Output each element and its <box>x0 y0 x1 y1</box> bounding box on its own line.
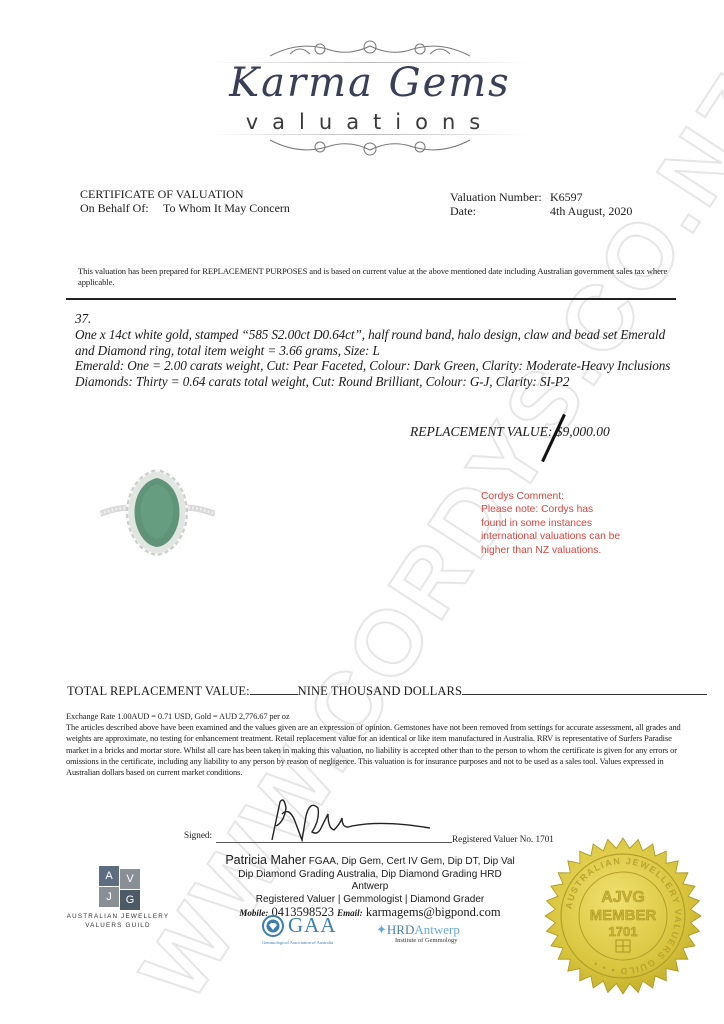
valuer-email: karmagems@bigpond.com <box>363 905 501 919</box>
svg-text:AJVG: AJVG <box>601 889 645 906</box>
registered-valuer-number: Registered Valuer No. 1701 <box>452 834 554 844</box>
certificate-header: CERTIFICATE OF VALUATION On Behalf Of: T… <box>80 187 290 215</box>
ajvg-letter-v: V <box>120 869 140 889</box>
valuation-number-label: Valuation Number: <box>450 190 550 204</box>
valuation-date: 4th August, 2020 <box>550 204 632 218</box>
ajvg-name: AUSTRALIAN JEWELLERY VALUERS GUILD <box>62 912 174 930</box>
valuer-qualifications-2: Dip Diamond Grading Australia, Dip Diamo… <box>220 869 520 894</box>
valuer-qualifications: FGAA, Dip Gem, Cert IV Gem, Dip DT, Dip … <box>306 856 515 867</box>
cordys-comment-body: Please note: Cordys has found in some in… <box>481 503 621 557</box>
ajvg-logo: A V J G <box>99 866 141 908</box>
diamond-details: Diamonds: Thirty = 0.64 carats total wei… <box>75 374 685 390</box>
gaa-subtitle: Gemmological Association of Australia <box>262 940 333 945</box>
total-replacement-value: TOTAL REPLACEMENT VALUE:NINE THOUSAND DO… <box>67 684 707 699</box>
karma-gems-logo: Karma Gems valuations <box>200 38 540 153</box>
valuer-details: Patricia Maher FGAA, Dip Gem, Cert IV Ge… <box>220 854 520 920</box>
flourish-ornament-icon <box>260 136 480 158</box>
hrd-subtitle: Institute of Gemmology <box>395 937 457 944</box>
logo-brand: Karma Gems <box>200 60 540 106</box>
valuation-meta: Valuation Number: K6597 Date: 4th August… <box>450 190 632 218</box>
total-label: TOTAL REPLACEMENT VALUE: <box>67 684 250 698</box>
email-label: Email: <box>337 908 363 918</box>
disclaimer: The articles described above have been e… <box>66 722 681 778</box>
logo-subtitle: valuations <box>200 110 540 134</box>
ajvg-letter-j: J <box>99 887 119 907</box>
ajvg-letter-g: G <box>120 890 140 910</box>
gaa-logo: GAA <box>262 913 337 938</box>
logo-rule <box>210 134 530 135</box>
cordys-comment-title: Cordys Comment: <box>481 490 621 503</box>
replacement-notice: This valuation has been prepared for REP… <box>78 266 678 288</box>
divider <box>66 298 676 300</box>
item-description: 37. One x 14ct white gold, stamped “585 … <box>75 311 685 390</box>
gaa-diamond-icon <box>262 915 284 937</box>
signed-label: Signed: <box>184 830 212 840</box>
item-number: 37. <box>75 311 685 327</box>
on-behalf-value: To Whom It May Concern <box>163 201 290 215</box>
on-behalf-label: On Behalf Of: <box>80 201 163 215</box>
date-label: Date: <box>450 204 550 218</box>
cordys-comment: Cordys Comment: Please note: Cordys has … <box>481 490 621 557</box>
hrd-star-icon: ✦ <box>376 922 387 937</box>
signature <box>262 796 432 844</box>
hrd-text: HRD <box>387 922 414 937</box>
valuer-name: Patricia Maher <box>225 853 306 867</box>
item-summary: One x 14ct white gold, stamped “585 S2.0… <box>75 327 685 359</box>
svg-text:1701: 1701 <box>609 924 638 939</box>
ajvg-member-seal: AUSTRALIAN JEWELLERY VALUERS GUILD • • •… <box>543 836 703 996</box>
fine-print: Exchange Rate 1.00AUD = 0.71 USD, Gold =… <box>66 711 681 778</box>
exchange-rate: Exchange Rate 1.00AUD = 0.71 USD, Gold =… <box>66 711 681 722</box>
hrd-antwerp-logo: ✦HRDAntwerp <box>376 922 460 938</box>
certificate-title: CERTIFICATE OF VALUATION <box>80 187 290 201</box>
svg-text:MEMBER: MEMBER <box>590 907 657 924</box>
ajvg-letter-a: A <box>99 866 119 886</box>
flourish-ornament-icon <box>260 38 480 60</box>
replacement-value: REPLACEMENT VALUE: $9,000.00 <box>410 424 610 440</box>
total-value: NINE THOUSAND DOLLARS <box>298 684 462 698</box>
valuation-number: K6597 <box>550 190 583 204</box>
hrd-antwerp-text: Antwerp <box>414 922 460 937</box>
emerald-ring-image <box>100 462 215 562</box>
emerald-details: Emerald: One = 2.00 carats weight, Cut: … <box>75 358 685 374</box>
signature-line <box>216 842 452 843</box>
gaa-text: GAA <box>288 913 337 938</box>
